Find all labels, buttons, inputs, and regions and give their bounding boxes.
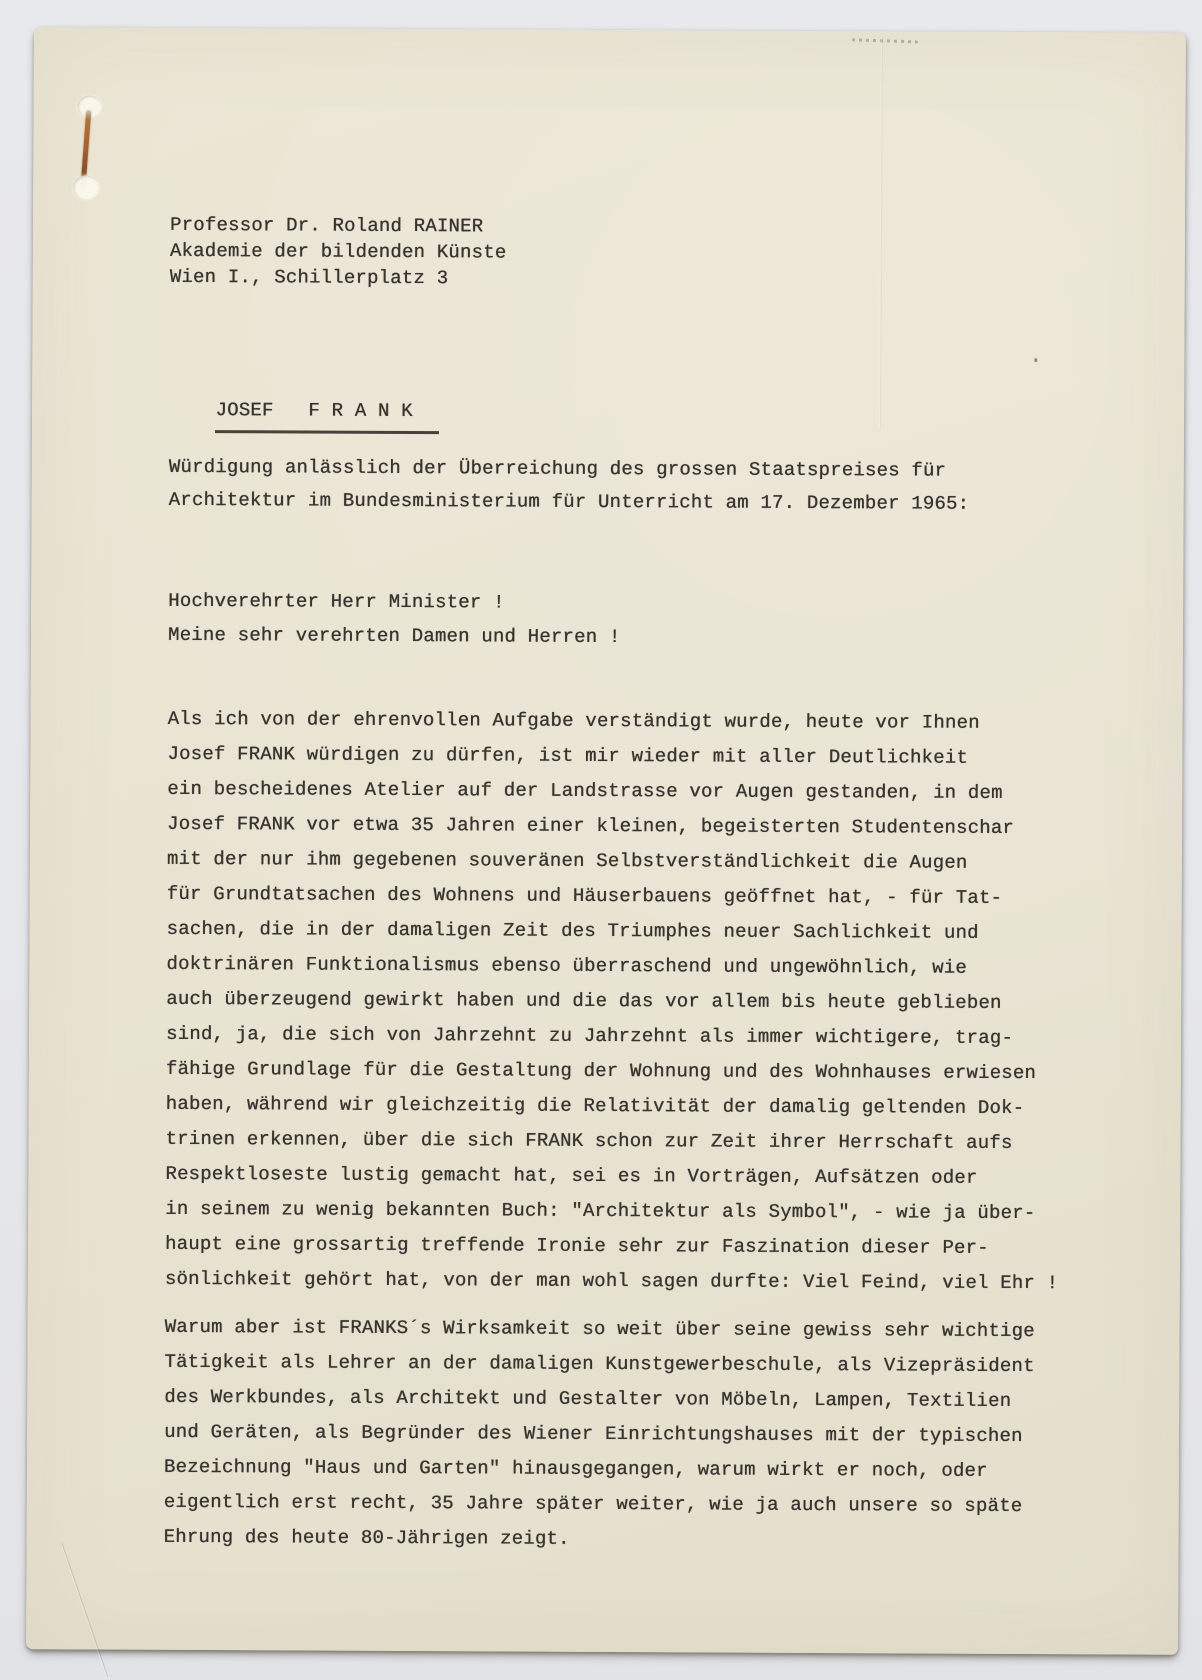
body-paragraph-1: Als ich von der ehrenvollen Aufgabe vers… bbox=[165, 702, 1061, 1301]
bottom-left-crease bbox=[62, 1543, 109, 1677]
document-subtitle: Würdigung anlässlich der Überreichung de… bbox=[169, 451, 970, 521]
sender-address: Professor Dr. Roland RAINER Akademie der… bbox=[170, 212, 507, 292]
ink-speckles bbox=[852, 38, 918, 43]
body-paragraph-2: Warum aber ist FRANKS´s Wirksamkeit so w… bbox=[164, 1310, 1035, 1559]
vertical-crease bbox=[880, 36, 883, 428]
page-title-text: JOSEF F R A N K bbox=[215, 397, 438, 434]
dot-blemish bbox=[1034, 358, 1037, 362]
page-title: JOSEF F R A N K bbox=[169, 375, 439, 456]
salutation: Hochverehrter Herr Minister ! Meine sehr… bbox=[168, 584, 621, 654]
scan-background: { "colors":{ "bg":"#e6e7eb", "paper":"#e… bbox=[0, 0, 1202, 1680]
paper-sheet: Professor Dr. Roland RAINER Akademie der… bbox=[26, 27, 1186, 1655]
staple-indent-bottom bbox=[73, 175, 99, 199]
